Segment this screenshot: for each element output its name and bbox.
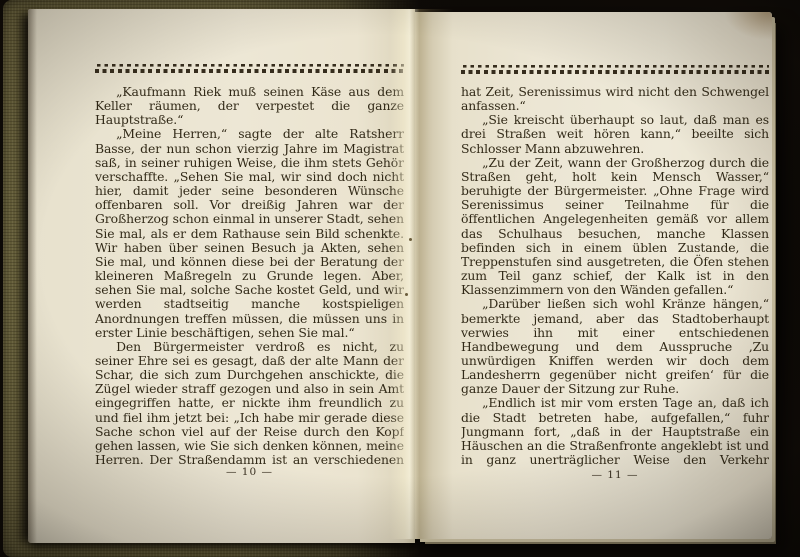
sewing-dot xyxy=(405,293,408,296)
paragraph: Den Bürgermeister verdroß es nicht, zu s… xyxy=(95,340,404,467)
paragraph: „Meine Herren,“ sagte der alte Ratsherr … xyxy=(95,127,404,339)
paragraph: „Sie kreischt überhaupt so laut, daß man… xyxy=(461,113,769,155)
page-right: hat Zeit, Serenissimus wird nicht den Sc… xyxy=(415,12,772,539)
paragraph: „Darüber ließen sich wohl Kränze hängen,… xyxy=(461,297,769,396)
page-left: „Kaufmann Riek muß seinen Käse aus dem K… xyxy=(28,9,415,543)
paragraph: „Endlich ist mir vom ersten Tage an, daß… xyxy=(461,396,769,469)
page-number-right: — 11 — xyxy=(461,469,769,481)
page-right-text: hat Zeit, Serenissimus wird nicht den Sc… xyxy=(461,85,769,469)
book-photo: „Kaufmann Riek muß seinen Käse aus dem K… xyxy=(0,0,800,557)
page-number-left: — 10 — xyxy=(95,466,404,478)
page-left-text: „Kaufmann Riek muß seinen Käse aus dem K… xyxy=(95,85,404,467)
paragraph: hat Zeit, Serenissimus wird nicht den Sc… xyxy=(461,85,769,113)
paragraph: „Zu der Zeit, wann der Großherzog durch … xyxy=(461,156,769,298)
sewing-dot xyxy=(409,238,412,241)
chain-ornament-border xyxy=(95,64,404,73)
paragraph: „Kaufmann Riek muß seinen Käse aus dem K… xyxy=(95,85,404,127)
chain-ornament-border xyxy=(461,65,769,74)
